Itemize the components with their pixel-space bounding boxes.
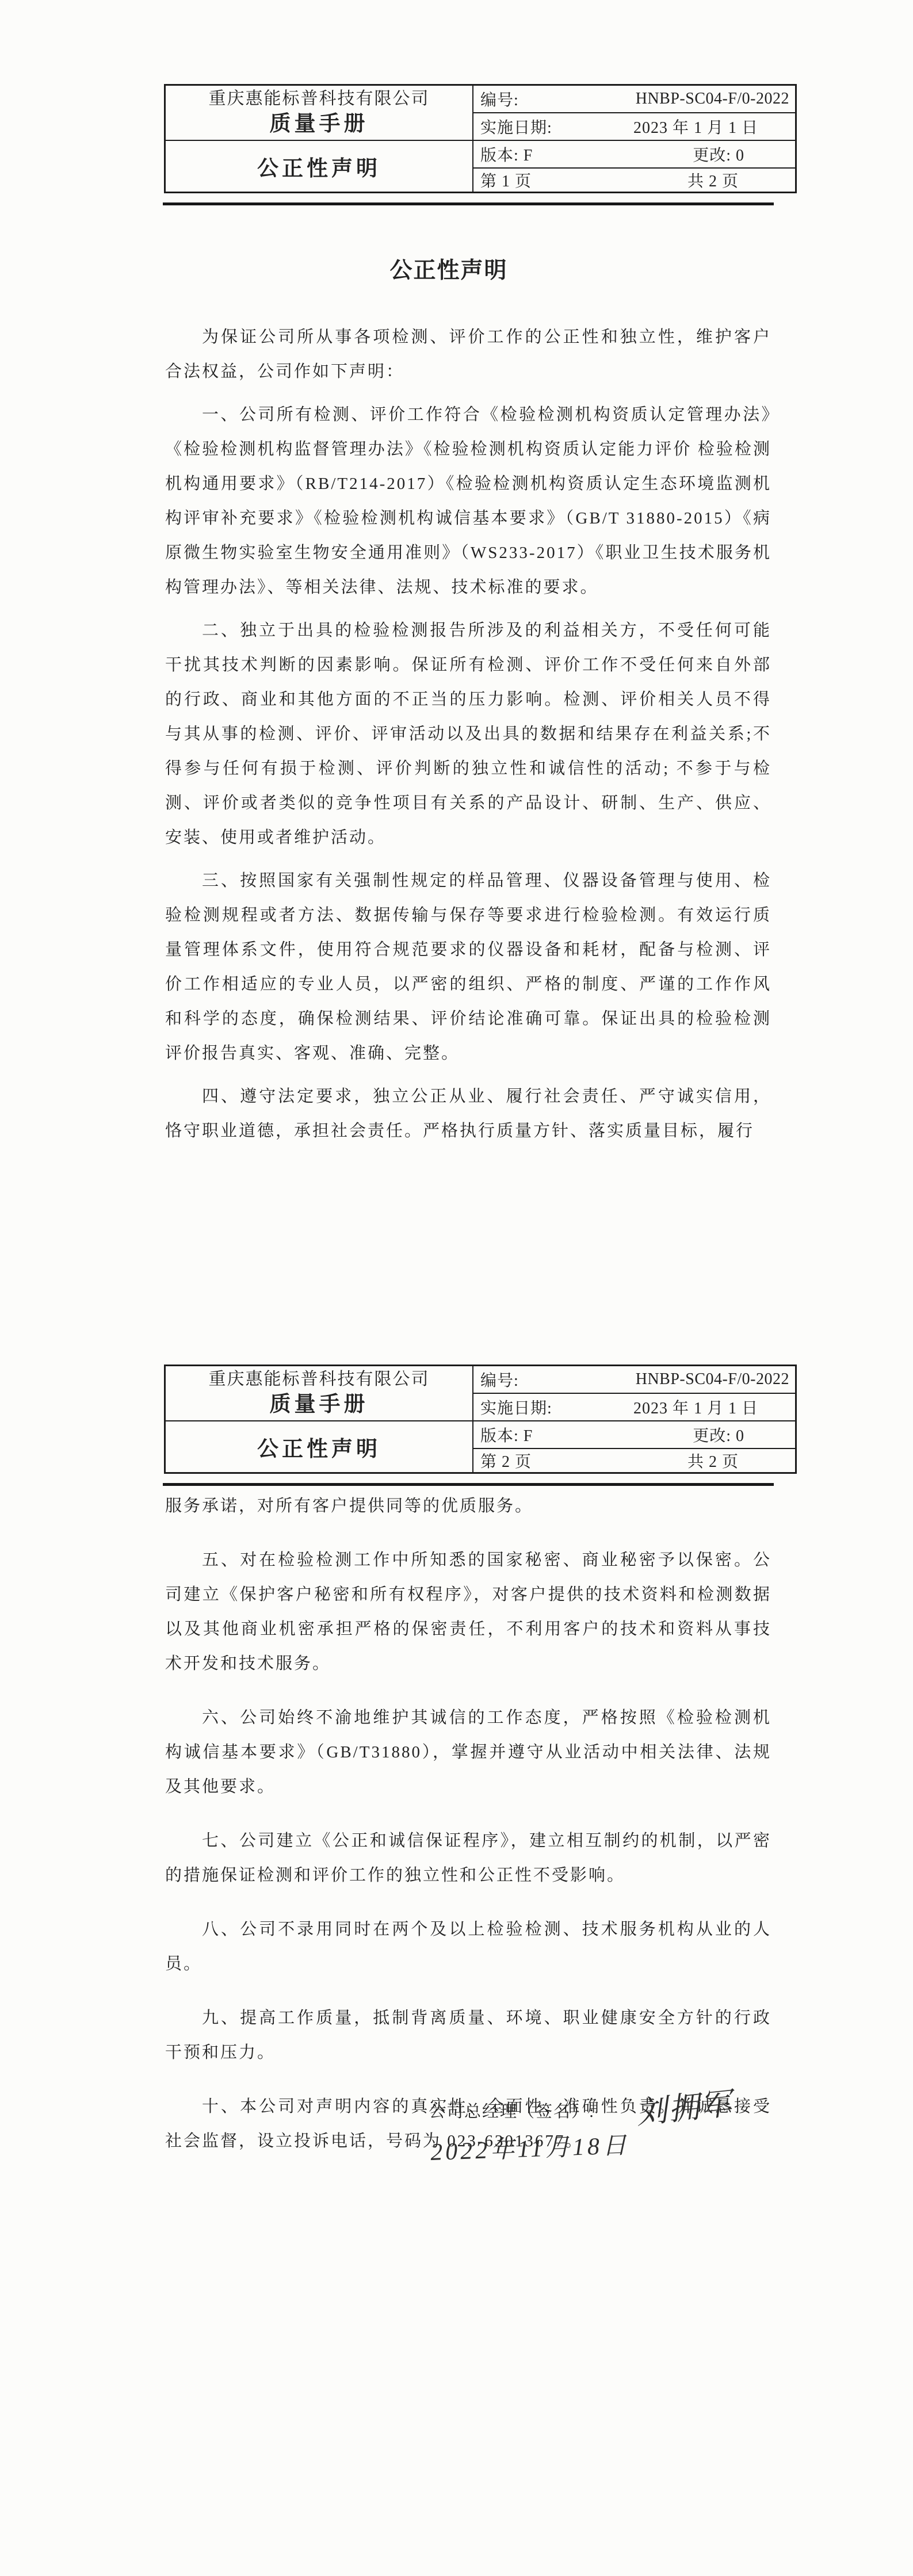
paragraph-4-continuation: 服务承诺，对所有客户提供同等的优质服务。: [165, 1489, 771, 1523]
total-pages: 共 2 页: [687, 169, 739, 192]
page-number-row: 第 2 页 共 2 页: [473, 1449, 795, 1472]
section-title: 公正性声明: [166, 1421, 472, 1472]
paragraph-7: 七、公司建立《公正和诚信保证程序》，建立相互制约的机制，以严密的措施保证检测和评…: [165, 1824, 771, 1893]
page-number: 第 1 页: [480, 169, 532, 192]
paragraph-4-start: 四、遵守法定要求，独立公正从业、履行社会责任、严守诚实信用，恪守职业道德，承担社…: [165, 1079, 771, 1148]
general-manager-signature-label: 公司总经理（签名）:: [429, 2099, 595, 2122]
version-label: 版本: F: [480, 1423, 533, 1446]
code-label: 编号:: [480, 1368, 519, 1391]
version-row: 版本: F 更改: 0: [473, 141, 795, 169]
section-title: 公正性声明: [166, 141, 472, 192]
implementation-date-row: 实施日期: 2023 年 1 月 1 日: [473, 1394, 795, 1421]
total-pages: 共 2 页: [687, 1449, 739, 1472]
paragraph-6: 六、公司始终不渝地维护其诚信的工作态度，严格按照《检验检测机构诚信基本要求》（G…: [165, 1700, 771, 1804]
change-label: 更改: 0: [693, 1423, 744, 1446]
page-number: 第 2 页: [480, 1449, 532, 1472]
company-name: 重庆惠能标普科技有限公司: [209, 87, 430, 110]
date-label: 实施日期:: [480, 1396, 552, 1419]
page1-header-right-column: 编号: HNBP-SC04-F/0-2022 实施日期: 2023 年 1 月 …: [473, 86, 795, 192]
document-code-row: 编号: HNBP-SC04-F/0-2022: [473, 1366, 795, 1394]
page2-header-company-cell: 重庆惠能标普科技有限公司 质量手册: [166, 1366, 472, 1421]
page2-header-left-column: 重庆惠能标普科技有限公司 质量手册 公正性声明: [166, 1366, 473, 1472]
paragraph-2: 二、独立于出具的检验检测报告所涉及的利益相关方，不受任何可能干扰其技术判断的因素…: [165, 613, 771, 855]
page-title: 公正性声明: [144, 258, 754, 284]
version-label: 版本: F: [480, 143, 533, 166]
code-value: HNBP-SC04-F/0-2022: [636, 1370, 792, 1389]
page2-header-right-column: 编号: HNBP-SC04-F/0-2022 实施日期: 2023 年 1 月 …: [473, 1366, 795, 1472]
date-label: 实施日期:: [480, 115, 552, 138]
document-code-row: 编号: HNBP-SC04-F/0-2022: [473, 86, 795, 113]
scanned-document: 重庆惠能标普科技有限公司 质量手册 公正性声明 编号: HNBP-SC04-F/…: [0, 0, 913, 2576]
code-value: HNBP-SC04-F/0-2022: [636, 90, 792, 108]
handwritten-signature-date: 2022年11月18日: [430, 2126, 630, 2168]
paragraph-8: 八、公司不录用同时在两个及以上检验检测、技术服务机构从业的人员。: [165, 1912, 771, 1981]
version-row: 版本: F 更改: 0: [473, 1421, 795, 1449]
header-divider-rule: [163, 202, 774, 205]
header-divider-rule: [163, 1483, 774, 1486]
page1-header-company-cell: 重庆惠能标普科技有限公司 质量手册: [166, 86, 472, 141]
page-number-row: 第 1 页 共 2 页: [473, 169, 795, 192]
paragraph-3: 三、按照国家有关强制性规定的样品管理、仪器设备管理与使用、检验检测规程或者方法、…: [165, 863, 771, 1071]
change-label: 更改: 0: [693, 143, 744, 166]
paragraph-9: 九、提高工作质量，抵制背离质量、环境、职业健康安全方针的行政干预和压力。: [165, 2001, 771, 2070]
page2-body: 服务承诺，对所有客户提供同等的优质服务。 五、对在检验检测工作中所知悉的国家秘密…: [165, 1489, 771, 2178]
page1-header-table: 重庆惠能标普科技有限公司 质量手册 公正性声明 编号: HNBP-SC04-F/…: [164, 84, 797, 193]
page2-header-table: 重庆惠能标普科技有限公司 质量手册 公正性声明 编号: HNBP-SC04-F/…: [164, 1365, 797, 1474]
date-value: 2023 年 1 月 1 日: [633, 1396, 758, 1419]
page1-header-left-column: 重庆惠能标普科技有限公司 质量手册 公正性声明: [166, 86, 473, 192]
page1-body: 为保证公司所从事各项检测、评价工作的公正性和独立性，维护客户合法权益，公司作如下…: [165, 320, 771, 1157]
company-name: 重庆惠能标普科技有限公司: [209, 1368, 430, 1391]
paragraph-5: 五、对在检验检测工作中所知悉的国家秘密、商业秘密予以保密。公司建立《保护客户秘密…: [165, 1543, 771, 1681]
manual-title: 质量手册: [270, 1391, 369, 1419]
code-label: 编号:: [480, 87, 519, 110]
paragraph-1: 一、公司所有检测、评价工作符合《检验检测机构资质认定管理办法》《检验检测机构监督…: [165, 398, 771, 605]
paragraph-intro: 为保证公司所从事各项检测、评价工作的公正性和独立性，维护客户合法权益，公司作如下…: [165, 320, 771, 389]
implementation-date-row: 实施日期: 2023 年 1 月 1 日: [473, 113, 795, 141]
date-value: 2023 年 1 月 1 日: [633, 115, 758, 138]
manual-title: 质量手册: [270, 110, 369, 138]
